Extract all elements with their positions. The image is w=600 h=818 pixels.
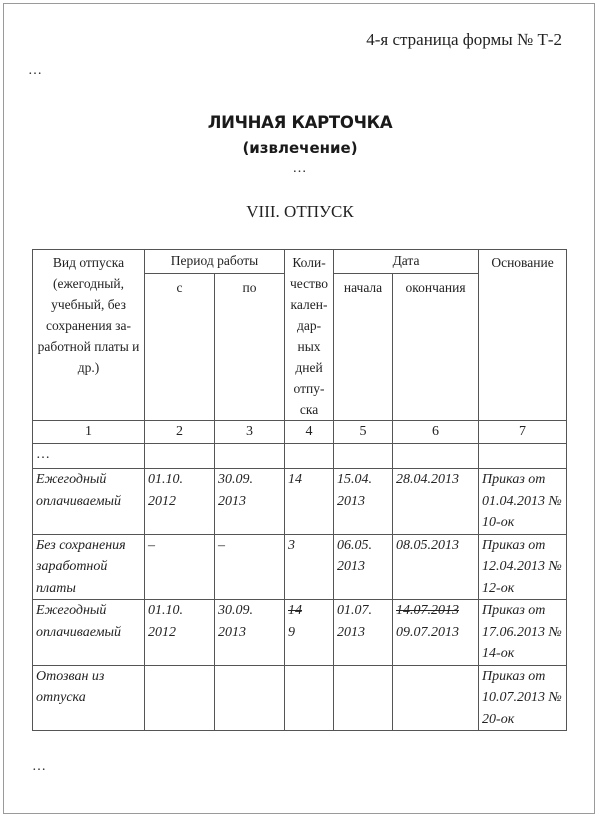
ellipsis-top: …	[28, 63, 43, 79]
ellipsis-bottom: …	[32, 759, 47, 775]
column-number: 1	[33, 421, 145, 444]
header-period-from: с	[145, 273, 215, 420]
end-date-corrected-value: 09.07.2013	[396, 622, 475, 644]
cell-basis: Приказ от 10.07.2013 № 20-ок	[479, 665, 567, 731]
header-work-period: Период работы	[145, 250, 285, 274]
cell-basis: Приказ от 12.04.2013 № 12-ок	[479, 534, 567, 600]
cell-end-date: 08.05.2013	[393, 534, 479, 600]
header-date-start: начала	[334, 273, 393, 420]
cell-period-from: –	[145, 534, 215, 600]
cell-end-date: 28.04.2013	[393, 469, 479, 535]
cell-period-to	[215, 665, 285, 731]
header-date-end: окончания	[393, 273, 479, 420]
end-date-struck-value: 14.07.2013	[396, 600, 475, 622]
header-row-1: Вид отпуска (ежегодный, учебный, без сох…	[33, 250, 567, 274]
column-number-row: 1 2 3 4 5 6 7	[33, 421, 567, 444]
cell-days: 14	[285, 469, 334, 535]
cell-period-to: –	[215, 534, 285, 600]
column-number: 6	[393, 421, 479, 444]
header-days-count: Коли-чество кален-дар-ных дней отпу-ска	[285, 250, 334, 421]
cell-period-from	[145, 665, 215, 731]
cell-end-date: 14.07.2013 09.07.2013	[393, 600, 479, 666]
ellipsis-middle: …	[0, 161, 600, 177]
cell-start-date	[334, 665, 393, 731]
column-number: 7	[479, 421, 567, 444]
cell-start-date: 15.04. 2013	[334, 469, 393, 535]
cell-period-from: 01.10. 2012	[145, 600, 215, 666]
days-struck-value: 14	[288, 600, 330, 622]
form-reference: 4-я страница формы № Т-2	[366, 30, 562, 50]
days-corrected-value: 9	[288, 622, 330, 644]
cell-days: 14 9	[285, 600, 334, 666]
column-number: 5	[334, 421, 393, 444]
table-row: Ежегодный оплачиваемый 01.10. 2012 30.09…	[33, 469, 567, 535]
cell-basis: Приказ от 17.06.2013 № 14-ок	[479, 600, 567, 666]
cell-days	[285, 665, 334, 731]
ellipsis-row: …	[33, 444, 567, 469]
cell-leave-type: Ежегодный оплачиваемый	[33, 469, 145, 535]
cell-start-date: 06.05. 2013	[334, 534, 393, 600]
cell-start-date: 01.07. 2013	[334, 600, 393, 666]
header-basis: Основание	[479, 250, 567, 421]
column-number: 2	[145, 421, 215, 444]
header-date: Дата	[334, 250, 479, 274]
cell-leave-type: Отозван из отпуска	[33, 665, 145, 731]
cell-period-to: 30.09. 2013	[215, 469, 285, 535]
table-row: Без сохранения заработной платы – – 3 06…	[33, 534, 567, 600]
ellipsis-cell: …	[33, 444, 145, 469]
column-number: 4	[285, 421, 334, 444]
cell-period-from: 01.10. 2012	[145, 469, 215, 535]
cell-leave-type: Без сохранения заработной платы	[33, 534, 145, 600]
cell-leave-type: Ежегодный оплачиваемый	[33, 600, 145, 666]
cell-end-date	[393, 665, 479, 731]
vacation-table: Вид отпуска (ежегодный, учебный, без сох…	[32, 249, 567, 731]
document-title: ЛИЧНАЯ КАРТОЧКА	[0, 113, 600, 132]
cell-basis: Приказ от 01.04.2013 № 10-ок	[479, 469, 567, 535]
table-row: Отозван из отпуска Приказ от 10.07.2013 …	[33, 665, 567, 731]
header-period-to: по	[215, 273, 285, 420]
cell-days: 3	[285, 534, 334, 600]
document-subtitle: (извлечение)	[0, 139, 600, 157]
cell-period-to: 30.09. 2013	[215, 600, 285, 666]
table-row: Ежегодный оплачиваемый 01.10. 2012 30.09…	[33, 600, 567, 666]
column-number: 3	[215, 421, 285, 444]
section-title: VIII. ОТПУСК	[0, 202, 600, 222]
header-leave-type: Вид отпуска (ежегодный, учебный, без сох…	[33, 250, 145, 421]
